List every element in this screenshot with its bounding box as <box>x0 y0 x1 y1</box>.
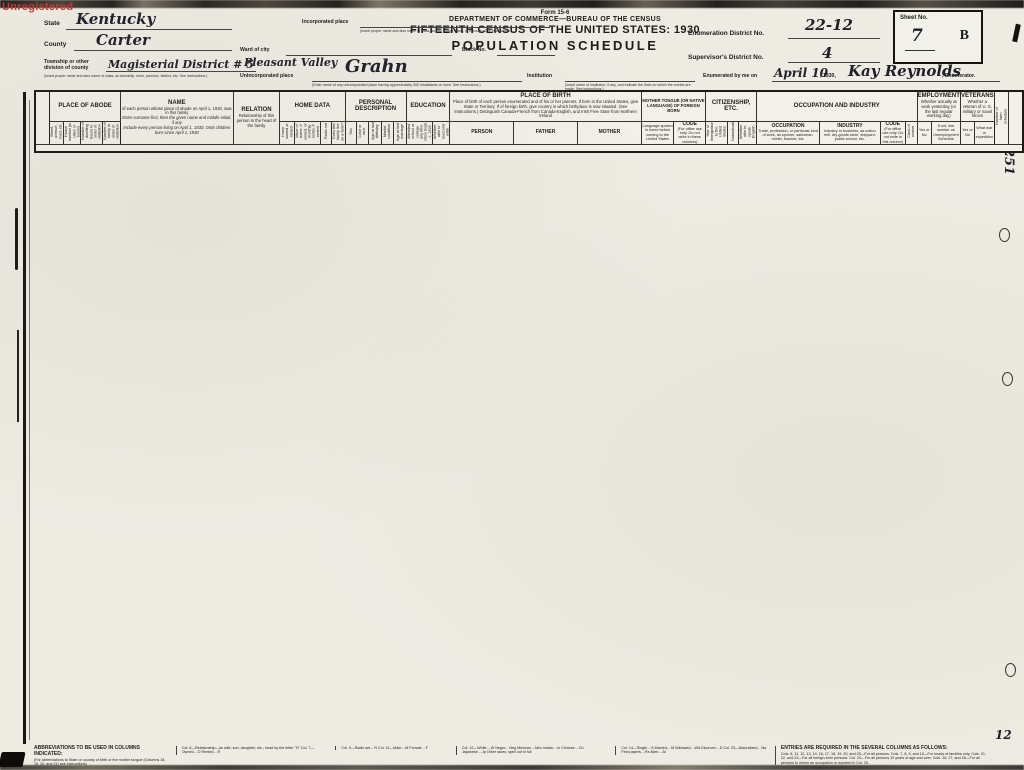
group-employment: EMPLOYMENT Whether actually at work yest… <box>917 91 960 121</box>
sheet-label: Sheet No. <box>900 15 928 21</box>
line-number-header <box>35 91 50 144</box>
sheet-letter: B <box>960 28 969 44</box>
unincorporated-label: Unincorporated place <box>240 74 293 80</box>
col-color-race: Color or race <box>356 121 368 144</box>
enumeration-district-label: Enumeration District No. <box>688 30 764 37</box>
scan-edge-line <box>23 92 26 744</box>
col-industry-header: INDUSTRY Industry or business, as cotton… <box>820 121 881 144</box>
col-veteran-yes-no: Yes or No <box>960 121 974 144</box>
township-note: (Insert proper name and also name of cla… <box>44 75 254 79</box>
group-mother-tongue: MOTHER TONGUE (OR NATIVE LANGUAGE) OF FO… <box>641 91 705 121</box>
col-occupation-code: CODE (For office use only. Do not write … <box>880 121 905 144</box>
col-unemployment-line: If not, line number on Unemployment Sche… <box>931 121 960 144</box>
binder-hole <box>999 228 1010 242</box>
abbreviations-col-2: Col. 9—Radio set....R Col. 11—Male....M … <box>335 746 448 750</box>
unincorporated-note: (Enter name of any unincorporated place … <box>312 84 522 88</box>
sheet-number-box: Sheet No. 7 B <box>893 10 983 64</box>
col-language: Language spoken in home before coming to… <box>641 121 674 144</box>
abbreviations-col-1: Col. 6—Relationship—as wife, son, daught… <box>176 746 329 755</box>
scan-edge-line <box>29 100 30 740</box>
corner-handwriting: 12 <box>995 728 1012 742</box>
state-value: Kentucky <box>76 10 155 28</box>
page-title: POPULATION SCHEDULE <box>360 38 750 53</box>
abbreviations-note: (For abbreviations to State or country o… <box>34 758 169 767</box>
enumerator-suffix: , Enumerator. <box>942 74 975 80</box>
unincorporated-underline <box>312 81 522 82</box>
enumeration-district-value: 22-12 <box>805 16 853 34</box>
unregistered-watermark: Unregistered <box>2 1 73 13</box>
supervisor-district-value: 4 <box>822 44 832 62</box>
abbreviations-col-3: Col. 12—White....W Negro....Neg Mexican.… <box>456 746 609 755</box>
form-header: Form 15-6 DEPARTMENT OF COMMERCE—BUREAU … <box>0 8 1024 90</box>
department-title: DEPARTMENT OF COMMERCE—BUREAU OF THE CEN… <box>360 16 750 23</box>
col-marital: Marital condition <box>382 121 394 144</box>
entries-required-block: ENTRIES ARE REQUIRED IN THE SEVERAL COLU… <box>775 746 986 765</box>
col-naturalization: Naturalization <box>727 121 738 144</box>
col-birth-father: FATHER <box>514 121 578 144</box>
binder-hole <box>1005 663 1016 677</box>
state-label: State <box>44 20 60 27</box>
county-underline <box>74 50 232 51</box>
enumeration-district-underline <box>788 38 880 39</box>
group-place-of-abode: PLACE OF ABODE <box>50 91 121 121</box>
state-underline <box>66 29 232 30</box>
group-personal-description: PERSONAL DESCRIPTION <box>345 91 406 121</box>
population-table: PLACE OF ABODE NAME of each person whose… <box>34 90 1024 153</box>
col-attended-school: Attended school or college any time sinc… <box>406 121 432 144</box>
institution-label: Institution <box>527 74 552 80</box>
incorporated-underline <box>360 27 550 28</box>
entries-required-text: Cols. 6, 11, 12, 13, 14, 16, 17, 18, 19,… <box>781 752 986 765</box>
enumerated-label: Enumerated by me on <box>703 74 757 80</box>
col-birth-mother: MOTHER <box>577 121 641 144</box>
col-name-header: NAME of each person whose place of abode… <box>120 91 233 144</box>
col-radio-set: Radio set <box>321 121 331 144</box>
abbreviations-title: ABBREVIATIONS TO BE USED IN COLUMNS INDI… <box>34 746 169 758</box>
col-birth-person: PERSON <box>450 121 514 144</box>
col-street: Street, avenue, road, etc. <box>50 121 64 144</box>
col-war-expedition: What war or expedition <box>974 121 994 144</box>
col-employed-yes-no: Yes or No <box>917 121 931 144</box>
scan-artifact-top <box>0 0 1024 8</box>
unincorporated-value: Grahn <box>345 56 408 77</box>
enumerated-year: , 1930, <box>820 74 836 80</box>
county-value: Carter <box>96 31 150 49</box>
col-speak-english: Whether able to speak English <box>739 121 757 144</box>
abbreviations-block: ABBREVIATIONS TO BE USED IN COLUMNS INDI… <box>34 746 169 766</box>
col-age: Age at last birthday <box>368 121 382 144</box>
incorporated-note: (Insert proper name and also name of cla… <box>360 30 550 34</box>
col-house-number: House number (in cities or towns) <box>63 121 81 144</box>
col-home-owned: Home owned or rented <box>280 121 295 144</box>
col-home-value: Value of home, if owned, or monthly rent… <box>295 121 321 144</box>
township-underline <box>106 71 256 72</box>
footer-notes: ABBREVIATIONS TO BE USED IN COLUMNS INDI… <box>34 746 986 766</box>
supervisor-district-label: Supervisor's District No. <box>688 54 764 61</box>
group-place-of-birth: PLACE OF BIRTH Place of birth of each pe… <box>450 91 642 121</box>
col-dwelling-number: Number of dwelling house in order of vis… <box>81 121 103 144</box>
col-class-of-worker: Class of worker <box>905 121 917 144</box>
group-veterans: VETERANS Whether a veteran of U. S. mili… <box>960 91 994 121</box>
col-relation-header: RELATION Relationship of this person to … <box>233 91 279 144</box>
incorporated-label: Incorporated place <box>302 20 348 26</box>
col-read-write: Whether able to read and write <box>432 121 450 144</box>
col-family-number: Number of family in order of visitation <box>103 121 121 144</box>
abbreviations-col-4: Col. 14—Single....S Married....M Widowed… <box>615 746 768 755</box>
scan-artifact-streak <box>17 330 19 422</box>
col-sex: Sex <box>345 121 356 144</box>
col-immigration-year: Year of immigration to the United States <box>706 121 728 144</box>
group-home-data: HOME DATA <box>280 91 345 121</box>
group-occupation-industry: OCCUPATION AND INDUSTRY <box>756 91 917 121</box>
county-label: County <box>44 41 66 48</box>
sheet-underline <box>905 50 935 51</box>
binder-hole <box>1002 372 1013 386</box>
block-underline <box>497 55 555 56</box>
col-code-group: CODE (For office use only. Do not write … <box>674 121 706 144</box>
scan-artifact-streak <box>15 208 18 270</box>
township-label: Township or other division of county <box>44 60 106 71</box>
enumerated-underline <box>772 81 1000 82</box>
column-numbers-row <box>35 144 1023 152</box>
col-age-first-marriage: Age at first marriage <box>393 121 406 144</box>
sheet-value: 7 <box>911 26 923 46</box>
table-header: PLACE OF ABODE NAME of each person whose… <box>35 91 1023 152</box>
scan-artifact-blotch <box>0 752 26 767</box>
block-label: Block No. <box>462 48 486 54</box>
group-education: EDUCATION <box>406 91 450 121</box>
ward-value: Pleasant Valley <box>244 56 337 69</box>
institution-underline <box>565 81 695 82</box>
census-form-page: Unregistered 251 12 Form 15-6 DEPARTMENT… <box>0 0 1024 770</box>
line-number-header <box>1008 91 1023 144</box>
col-occupation-header: OCCUPATION Trade, profession, or particu… <box>756 121 819 144</box>
township-value: Magisterial District # 5 <box>108 58 254 71</box>
group-citizenship: CITIZENSHIP, ETC. <box>706 91 757 121</box>
ward-label: Ward of city <box>240 48 270 54</box>
col-farm-schedule: Number of farm schedule <box>994 91 1008 144</box>
col-farm: Does this family live on a farm? <box>331 121 345 144</box>
